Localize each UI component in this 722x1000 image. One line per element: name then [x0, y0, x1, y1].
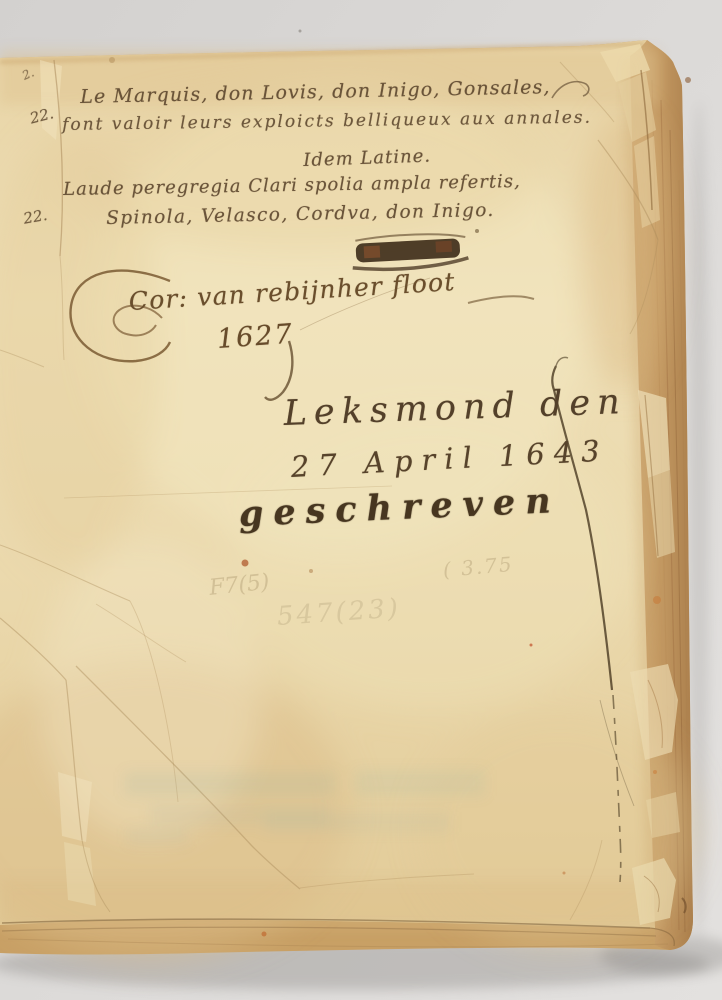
owner-year: 1627	[216, 319, 295, 355]
verse-line-3: Idem Latine.	[303, 146, 431, 171]
ink-dot	[475, 229, 479, 233]
manuscript-photo: 2. 22. 22. Le Marquis, don Lovis, don In…	[0, 0, 722, 1000]
bottom-edge-toning	[0, 880, 660, 930]
dust-speck	[299, 30, 302, 33]
